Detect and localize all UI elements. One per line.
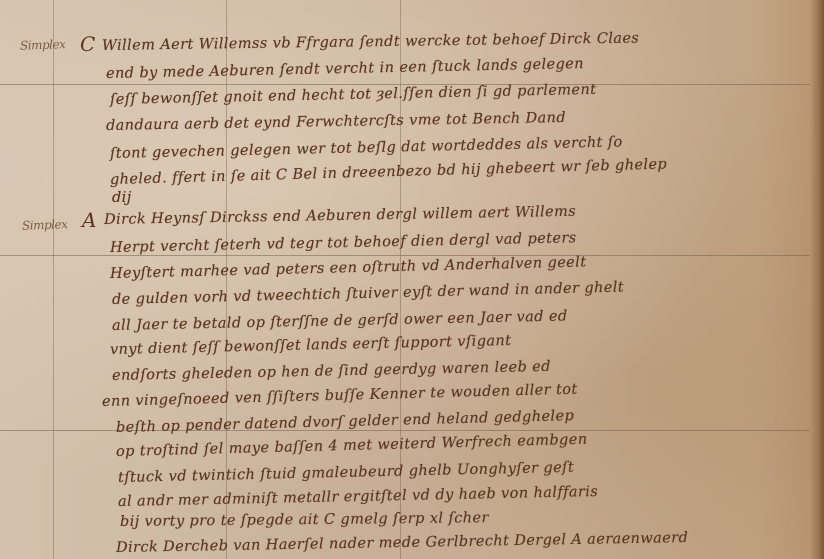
manuscript-line: all Jaer te betald op ſterſſne de gerſd … (112, 308, 568, 334)
manuscript-line: enn vingeſnoeed ven ſſiſters buſſe Kenne… (102, 382, 578, 410)
manuscript-line: vnyt dient ſeſſ bewonſſet lands eerſt ſu… (110, 333, 512, 358)
manuscript-line: Willem Aert Willemss vb Ffrgara ſendt we… (102, 30, 639, 54)
manuscript-line: dandaura aerb det eynd Ferwchtercſts vme… (106, 110, 566, 134)
manuscript-line: op troſtind ſel maye baſſen 4 met weiter… (116, 432, 588, 460)
page-edge (810, 0, 824, 559)
manuscript-line: Heyſtert marhee vad peters een oſtruth v… (110, 254, 587, 282)
manuscript-line: gheled. ffert in ſe ait C Bel in dreeenb… (110, 156, 668, 188)
entry-mark-1: C (80, 32, 95, 56)
manuscript-line: ſeſſ bewonſſet gnoit end hecht tot ȝel.ſ… (110, 82, 597, 108)
manuscript-page: Simplex C Willem Aert Willemss vb Ffrgar… (0, 0, 824, 559)
manuscript-line: Dirck Heynsſ Dirckss end Aeburen dergl w… (104, 204, 576, 228)
manuscript-line: al andr mer adminiſt metallr ergitſtel v… (118, 484, 598, 510)
manuscript-line: bij vorty pro te ſpegde ait C gmelg ſerp… (120, 510, 489, 530)
manuscript-line: ſtont gevechen gelegen wer tot beſlg dat… (110, 134, 623, 162)
manuscript-line: de gulden vorh vd tweechtich ſtuiver eyſ… (112, 279, 624, 308)
margin-note-entry-2: Simplex (22, 217, 68, 233)
manuscript-line: beſth op pender datend dvorſ gelder end … (116, 408, 575, 436)
manuscript-line: end by mede Aeburen ſendt vercht in een … (106, 56, 584, 82)
manuscript-line: Herpt vercht ſeterh vd tegr tot behoef d… (110, 230, 577, 256)
manuscript-line: endſorts gheleden op hen de ſind geerdyg… (112, 359, 551, 384)
manuscript-line: tſtuck vd twintich ſtuid gmaleubeurd ghe… (118, 460, 574, 486)
margin-note-entry-1: Simplex (20, 37, 66, 53)
entry-mark-2: A (82, 208, 96, 232)
manuscript-line: Dirck Dercheb van Haerſel nader mede Ger… (116, 530, 688, 556)
manuscript-line: dij (112, 190, 132, 206)
